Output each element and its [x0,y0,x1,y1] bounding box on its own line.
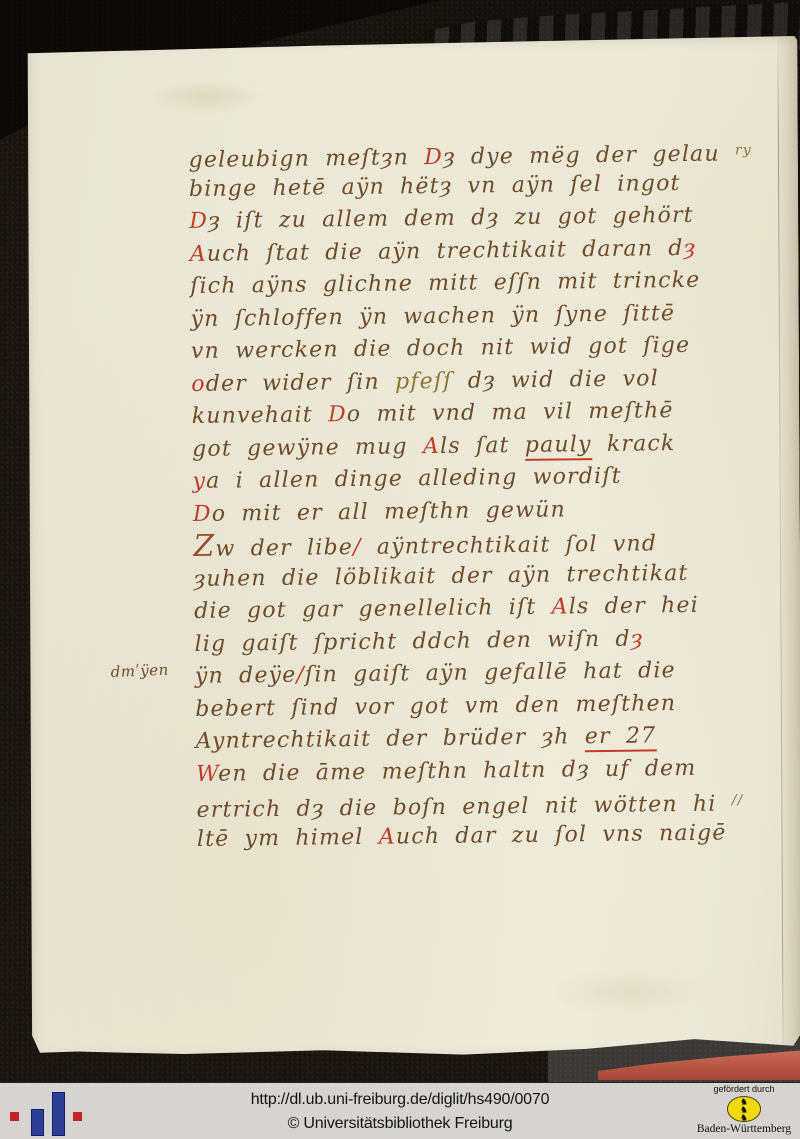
svg-text:♞: ♞ [740,1114,748,1124]
manuscript-text-segment: Z [193,529,215,564]
manuscript-text-block: geleubign meſtȝn Dȝ dye mëg der gelau ry… [188,135,717,856]
manuscript-text-segment: D [193,501,212,526]
margin-note: dmʹÿen [110,660,191,681]
manuscript-text-segment: ls ſat [440,432,525,458]
manuscript-text-segment: d [668,235,684,260]
manuscript-text-segment: pauly [525,432,592,461]
manuscript-page: geleubign meſtȝn Dȝ dye mëg der gelau ry… [25,36,800,1062]
manuscript-line: got gewÿne mug Als ſat pauly krack [192,427,712,466]
manuscript-line: ltē ym himel Auch dar zu ſol vns naigē [197,817,717,856]
funding-logo: gefördert durch ♞ ♞ ♞ Baden-Württemberg [692,1084,796,1139]
manuscript-text-segment: ſin gaiſt aÿn gefallē hat die [305,658,676,688]
manuscript-text-segment: d [615,626,631,651]
manuscript-text-segment: aÿntrechtikait ſol vnd [361,531,657,560]
funder-name: Baden-Württemberg [697,1123,791,1136]
manuscript-text-segment: ÿn ſchloffen ÿn wachen ÿn ſyne ſittē [190,301,675,332]
manuscript-text-segment: ÿn deÿe [195,663,297,689]
manuscript-text-segment: ry [735,142,752,158]
manuscript-text-segment: en die āme meſthn haltn dȝ uf dem [218,755,697,786]
paper-stain [550,966,710,1017]
funder-label: gefördert durch [713,1084,774,1095]
manuscript-text-segment: bebert ſind vor got vm den meſthen [195,691,676,722]
manuscript-text-segment: binge hetē aÿn hëtȝ vn aÿn ſel ingot [189,170,681,201]
manuscript-text-segment: uch dar zu ſol vns naigē [396,820,727,849]
manuscript-text-segment: Ayntrechtikait der brüder ȝh [196,724,585,754]
manuscript-text-segment: a i allen dinge alleding wordiſt [206,464,622,494]
manuscript-text-segment: D [424,145,443,170]
manuscript-text-segment: o [191,371,206,396]
manuscript-text-segment: A [552,594,569,619]
manuscript-text-segment: ȝ [683,235,696,260]
document-url: http://dl.ub.uni-freiburg.de/diglit/hs49… [251,1090,550,1110]
copyright-text: © Universitätsbibliothek Freiburg [288,1114,513,1134]
manuscript-text-segment: pfeſſ [395,368,453,394]
manuscript-text-segment: dm [110,662,136,681]
manuscript-text-segment: uch ſtat die aÿn trechtikait daran [207,236,669,267]
manuscript-text-segment: ȝuhen die löblikait der aÿn trechtikat [194,560,689,591]
manuscript-text-segment: die got gar genellelich iſt [194,595,552,624]
manuscript-text-segment: D [189,209,208,234]
manuscript-text-segment: A [190,241,207,266]
manuscript-text-segment: ſich aÿns glichne mitt eſſn mit trincke [190,268,701,299]
manuscript-text-segment: D [328,402,347,427]
manuscript-text-segment: got gewÿne mug [192,434,423,462]
manuscript-text-segment: ls der hei [569,593,699,620]
manuscript-text-segment: ȝ iſt zu allem dem dȝ zu got gehört [208,203,694,234]
manuscript-text-segment: ȝ [631,626,644,651]
manuscript-text-segment: vn wercken die doch nit wid got ſige [191,333,691,364]
manuscript-text-segment: // [732,792,744,808]
manuscript-text-segment: W [196,761,218,786]
manuscript-text-segment: y [192,469,206,494]
manuscript-text-segment: dȝ wid die vol [452,366,659,394]
paper-stain [146,79,266,116]
manuscript-text-segment: lig gaiſt ſpricht ddch den wiſn [194,626,615,656]
manuscript-text-segment: ltē ym himel [197,824,379,851]
manuscript-text-segment: o mit er all meſthn gewün [212,497,566,526]
manuscript-text-segment: w der libe [215,535,353,562]
bw-coat-of-arms-icon: ♞ ♞ ♞ [726,1095,762,1123]
manuscript-text-segment: er 27 [585,723,657,752]
manuscript-text-segment: geleubign meſtȝn [188,145,424,173]
footer-text: http://dl.ub.uni-freiburg.de/diglit/hs49… [0,1083,800,1139]
manuscript-text-segment: o mit vnd ma vil meſthē [347,398,674,427]
manuscript-text-segment: kunvehait [192,402,329,429]
footer-bar: http://dl.ub.uni-freiburg.de/diglit/hs49… [0,1082,800,1139]
manuscript-text-segment: ÿen [140,661,169,680]
digitized-manuscript-viewer: geleubign meſtȝn Dȝ dye mëg der gelau ry… [0,0,800,1139]
manuscript-text-segment: der wider ſin [206,369,396,396]
manuscript-text-segment: A [423,433,440,458]
manuscript-text-segment: krack [592,431,676,457]
manuscript-text-segment: ȝ dye mëg der gelau [443,141,735,170]
manuscript-text-segment: A [379,824,396,849]
manuscript-photo: geleubign meſtȝn Dȝ dye mëg der gelau ry… [0,0,800,1082]
